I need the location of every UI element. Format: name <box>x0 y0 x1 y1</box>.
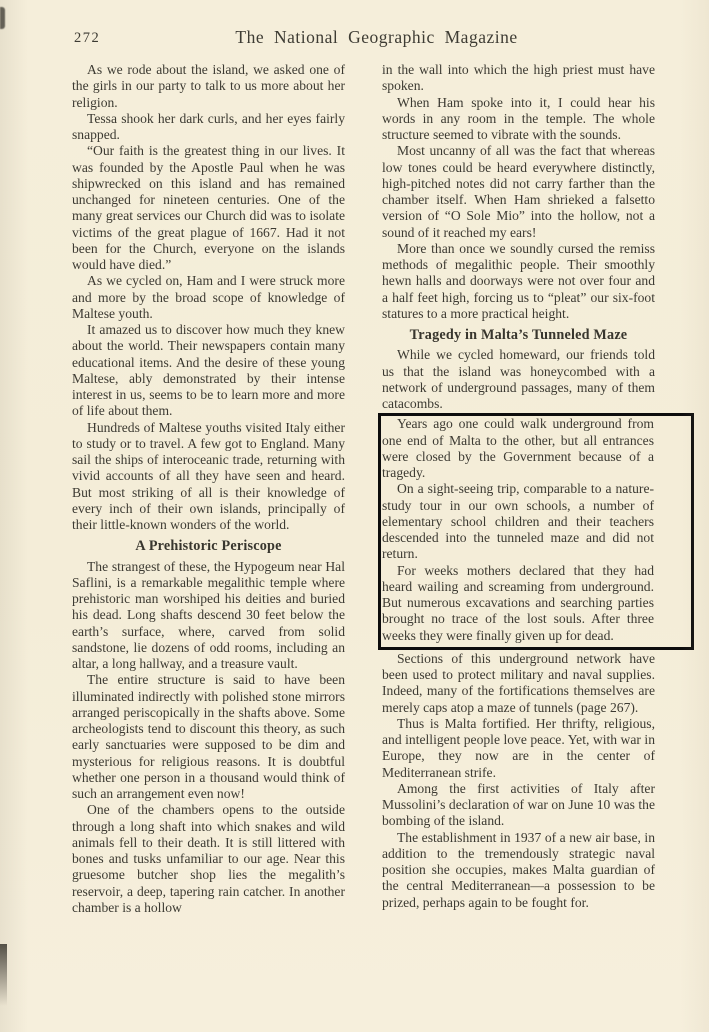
section-heading-tragedy-tunneled-maze: Tragedy in Malta’s Tunneled Maze <box>382 327 655 343</box>
paragraph: One of the chambers opens to the outside… <box>72 802 345 916</box>
paragraph: “Our faith is the greatest thing in our … <box>72 143 345 273</box>
column-right: in the wall into which the high priest m… <box>382 62 655 916</box>
paragraph: The strangest of these, the Hypogeum nea… <box>72 559 345 673</box>
paragraph: Years ago one could walk underground fro… <box>382 416 654 481</box>
paragraph: in the wall into which the high priest m… <box>382 62 655 95</box>
paragraph: While we cycled homeward, our friends to… <box>382 347 655 412</box>
scan-artifact-bottom-left <box>0 944 7 1006</box>
paragraph: Most uncanny of all was the fact that wh… <box>382 143 655 241</box>
paragraph: Tessa shook her dark curls, and her eyes… <box>72 111 345 144</box>
paragraph: Among the first activities of Italy afte… <box>382 781 655 830</box>
paragraph: It amazed us to discover how much they k… <box>72 322 345 420</box>
magazine-title: The National Geographic Magazine <box>72 27 655 48</box>
paragraph: The entire structure is said to have bee… <box>72 672 345 802</box>
paragraph: More than once we soundly cursed the rem… <box>382 241 655 322</box>
paragraph: Thus is Malta fortified. Her thrifty, re… <box>382 716 655 781</box>
column-left: As we rode about the island, we asked on… <box>72 62 345 916</box>
paragraph: When Ham spoke into it, I could hear his… <box>382 95 655 144</box>
page-number: 272 <box>74 30 100 47</box>
section-heading-prehistoric-periscope: A Prehistoric Periscope <box>72 538 345 554</box>
paragraph: As we cycled on, Ham and I were struck m… <box>72 273 345 322</box>
paragraph: Sections of this underground network hav… <box>382 651 655 716</box>
paragraph: The establishment in 1937 of a new air b… <box>382 830 655 911</box>
scan-artifact-top-left <box>0 7 5 29</box>
paragraph: On a sight-seeing trip, comparable to a … <box>382 481 654 562</box>
page-header: 272 The National Geographic Magazine <box>72 27 655 51</box>
highlight-box-annotation: Years ago one could walk underground fro… <box>378 413 694 650</box>
paragraph: For weeks mothers declared that they had… <box>382 563 654 644</box>
paragraph: As we rode about the island, we asked on… <box>72 62 345 111</box>
text-columns: As we rode about the island, we asked on… <box>72 62 655 916</box>
magazine-page: 272 The National Geographic Magazine As … <box>0 0 709 1032</box>
paragraph: Hundreds of Maltese youths visited Italy… <box>72 420 345 534</box>
